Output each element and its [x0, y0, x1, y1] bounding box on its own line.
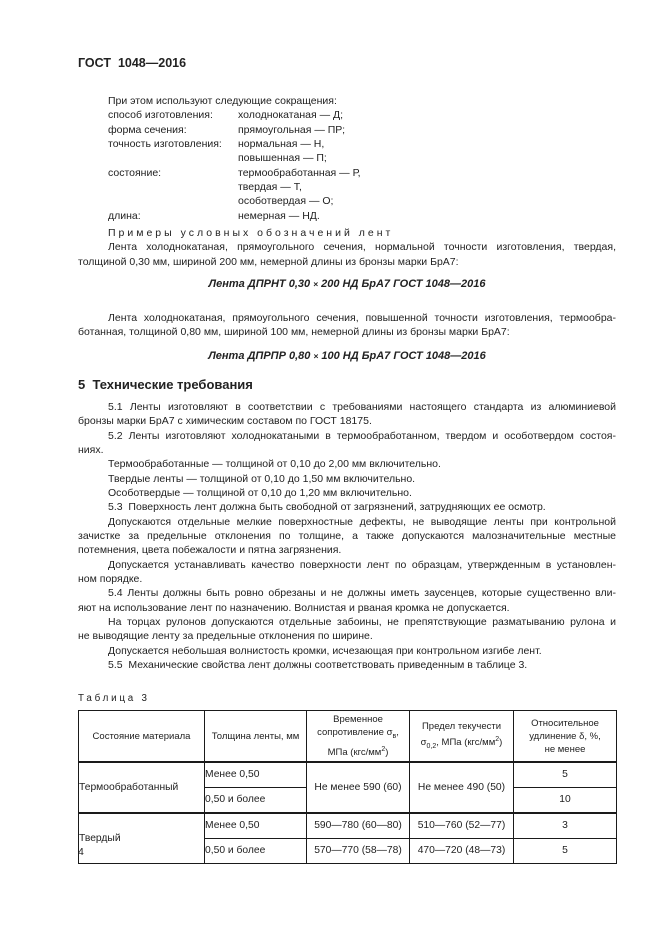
- example2-line: Лента холоднокатаная, прямоугольного сеч…: [78, 311, 616, 325]
- designation-example-2: Лента ДПРПР 0,80×100 НД БрА7 ГОСТ 1048—2…: [78, 349, 616, 363]
- abbr-row: особотвердая — О;: [108, 194, 616, 208]
- abbr-row: способ изготовления: холоднокатаная — Д;: [108, 108, 616, 122]
- cell-elongation: 5: [514, 762, 617, 788]
- body-line: Допускаются отдельные мелкие поверхностн…: [78, 515, 616, 529]
- table-row: Термообработанный Менее 0,50 Не менее 59…: [79, 762, 617, 788]
- abbr-label: способ изготовления:: [108, 108, 238, 122]
- body-line: Особотвердые — толщиной от 0,10 до 1,20 …: [78, 486, 616, 500]
- th-tensile-strength: Временное сопротивление σв, МПа (кгс/мм2…: [307, 711, 410, 763]
- cell-tensile: 570—770 (58—78): [307, 839, 410, 864]
- body-line: потемнения, цвета побежалости и пятна за…: [78, 543, 616, 557]
- cell-yield: Не менее 490 (50): [410, 762, 514, 813]
- body-line: 5.2 Ленты изготовляют холоднокатаными в …: [78, 429, 616, 443]
- body-line: не выводящие ленту за предельные отклоне…: [78, 629, 616, 643]
- example1-line: толщиной 0,30 мм, шириной 200 мм, немерн…: [78, 255, 616, 269]
- abbr-value: прямоугольная — ПР;: [238, 123, 616, 137]
- mechanical-properties-table: Состояние материала Толщина ленты, мм Вр…: [78, 710, 617, 864]
- cell-state: Термообработанный: [79, 762, 205, 813]
- designation-example-1: Лента ДПРНТ 0,30×200 НД БрА7 ГОСТ 1048—2…: [78, 277, 616, 291]
- table-row: Твердый Менее 0,50 590—780 (60—80) 510—7…: [79, 813, 617, 839]
- abbr-row: длина: немерная — НД.: [108, 209, 616, 223]
- abbr-value: повышенная — П;: [238, 151, 616, 165]
- multiplication-sign: ×: [313, 279, 318, 289]
- body-line: зачистке за предельные отклонения по тол…: [78, 529, 616, 543]
- page-content: ГОСТ 1048—2016 При этом используют следу…: [78, 56, 616, 864]
- abbr-value: немерная — НД.: [238, 209, 616, 223]
- abbr-row: форма сечения: прямоугольная — ПР;: [108, 123, 616, 137]
- document-page: ГОСТ 1048—2016 При этом используют следу…: [0, 0, 661, 936]
- abbr-value: термообработанная — Р,: [238, 166, 616, 180]
- abbr-label: [108, 151, 238, 165]
- abbr-value: холоднокатаная — Д;: [238, 108, 616, 122]
- abbr-value: нормальная — Н,: [238, 137, 616, 151]
- table3-header-row: Состояние материала Толщина ленты, мм Вр…: [79, 711, 617, 763]
- abbr-label: состояние:: [108, 166, 238, 180]
- body-line: 5.1 Ленты изготовляют в соответствии с т…: [78, 400, 616, 414]
- th-material-state: Состояние материала: [79, 711, 205, 763]
- page-number: 4: [78, 846, 84, 858]
- cell-thickness: Менее 0,50: [205, 813, 307, 839]
- th-elongation: Относительное удлинение δ, %, не менее: [514, 711, 617, 763]
- abbr-label: [108, 194, 238, 208]
- body-line: 5.5 Механические свойства лент должны со…: [78, 658, 616, 672]
- abbr-label: точность изготовления:: [108, 137, 238, 151]
- cell-elongation: 10: [514, 788, 617, 814]
- cell-state: Твердый: [79, 813, 205, 864]
- cell-elongation: 5: [514, 839, 617, 864]
- cell-tensile: Не менее 590 (60): [307, 762, 410, 813]
- body-line: ном порядке.: [78, 572, 616, 586]
- body-line: ниях.: [78, 443, 616, 457]
- cell-elongation: 3: [514, 813, 617, 839]
- body-line: Допускается устанавливать качество повер…: [78, 558, 616, 572]
- body-line: бронзы марки БрА7 с химическим составом …: [78, 414, 616, 428]
- multiplication-sign: ×: [313, 351, 318, 361]
- cell-thickness: 0,50 и более: [205, 839, 307, 864]
- body-line: 5.3 Поверхность лент должна быть свободн…: [78, 500, 616, 514]
- abbr-row: твердая — Т,: [108, 180, 616, 194]
- body-line: Термообработанные — толщиной от 0,10 до …: [78, 457, 616, 471]
- abbr-row: состояние: термообработанная — Р,: [108, 166, 616, 180]
- standard-number-header: ГОСТ 1048—2016: [78, 56, 616, 71]
- example1-line: Лента холоднокатаная, прямоугольного сеч…: [78, 240, 616, 254]
- cell-yield: 470—720 (48—73): [410, 839, 514, 864]
- cell-tensile: 590—780 (60—80): [307, 813, 410, 839]
- abbr-label: длина:: [108, 209, 238, 223]
- example2-line: ботанная, толщиной 0,80 мм, шириной 100 …: [78, 325, 616, 339]
- cell-yield: 510—760 (52—77): [410, 813, 514, 839]
- cell-thickness: 0,50 и более: [205, 788, 307, 814]
- th-yield-strength: Предел текучести σ0,2, МПа (кгс/мм2): [410, 711, 514, 763]
- abbr-value: особотвердая — О;: [238, 194, 616, 208]
- table3-label: Таблица 3: [78, 692, 616, 705]
- section-5-heading: 5 Технические требования: [78, 377, 616, 393]
- body-line: Допускается небольшая волнистость кромки…: [78, 644, 616, 658]
- body-line: Твердые ленты — толщиной от 0,10 до 1,50…: [78, 472, 616, 486]
- abbr-row: повышенная — П;: [108, 151, 616, 165]
- abbr-row: точность изготовления: нормальная — Н,: [108, 137, 616, 151]
- body-line: яют на использование лент по назначению.…: [78, 601, 616, 615]
- abbr-value: твердая — Т,: [238, 180, 616, 194]
- abbr-label: [108, 180, 238, 194]
- body-line: На торцах рулонов допускаются отдельные …: [78, 615, 616, 629]
- abbr-label: форма сечения:: [108, 123, 238, 137]
- th-thickness: Толщина ленты, мм: [205, 711, 307, 763]
- body-line: 5.4 Ленты должны быть ровно обрезаны и н…: [78, 586, 616, 600]
- examples-heading: Примеры условных обозначений лент: [108, 226, 616, 240]
- intro-line: При этом используют следующие сокращения…: [108, 94, 616, 108]
- abbreviations-list: способ изготовления: холоднокатаная — Д;…: [108, 108, 616, 223]
- cell-thickness: Менее 0,50: [205, 762, 307, 788]
